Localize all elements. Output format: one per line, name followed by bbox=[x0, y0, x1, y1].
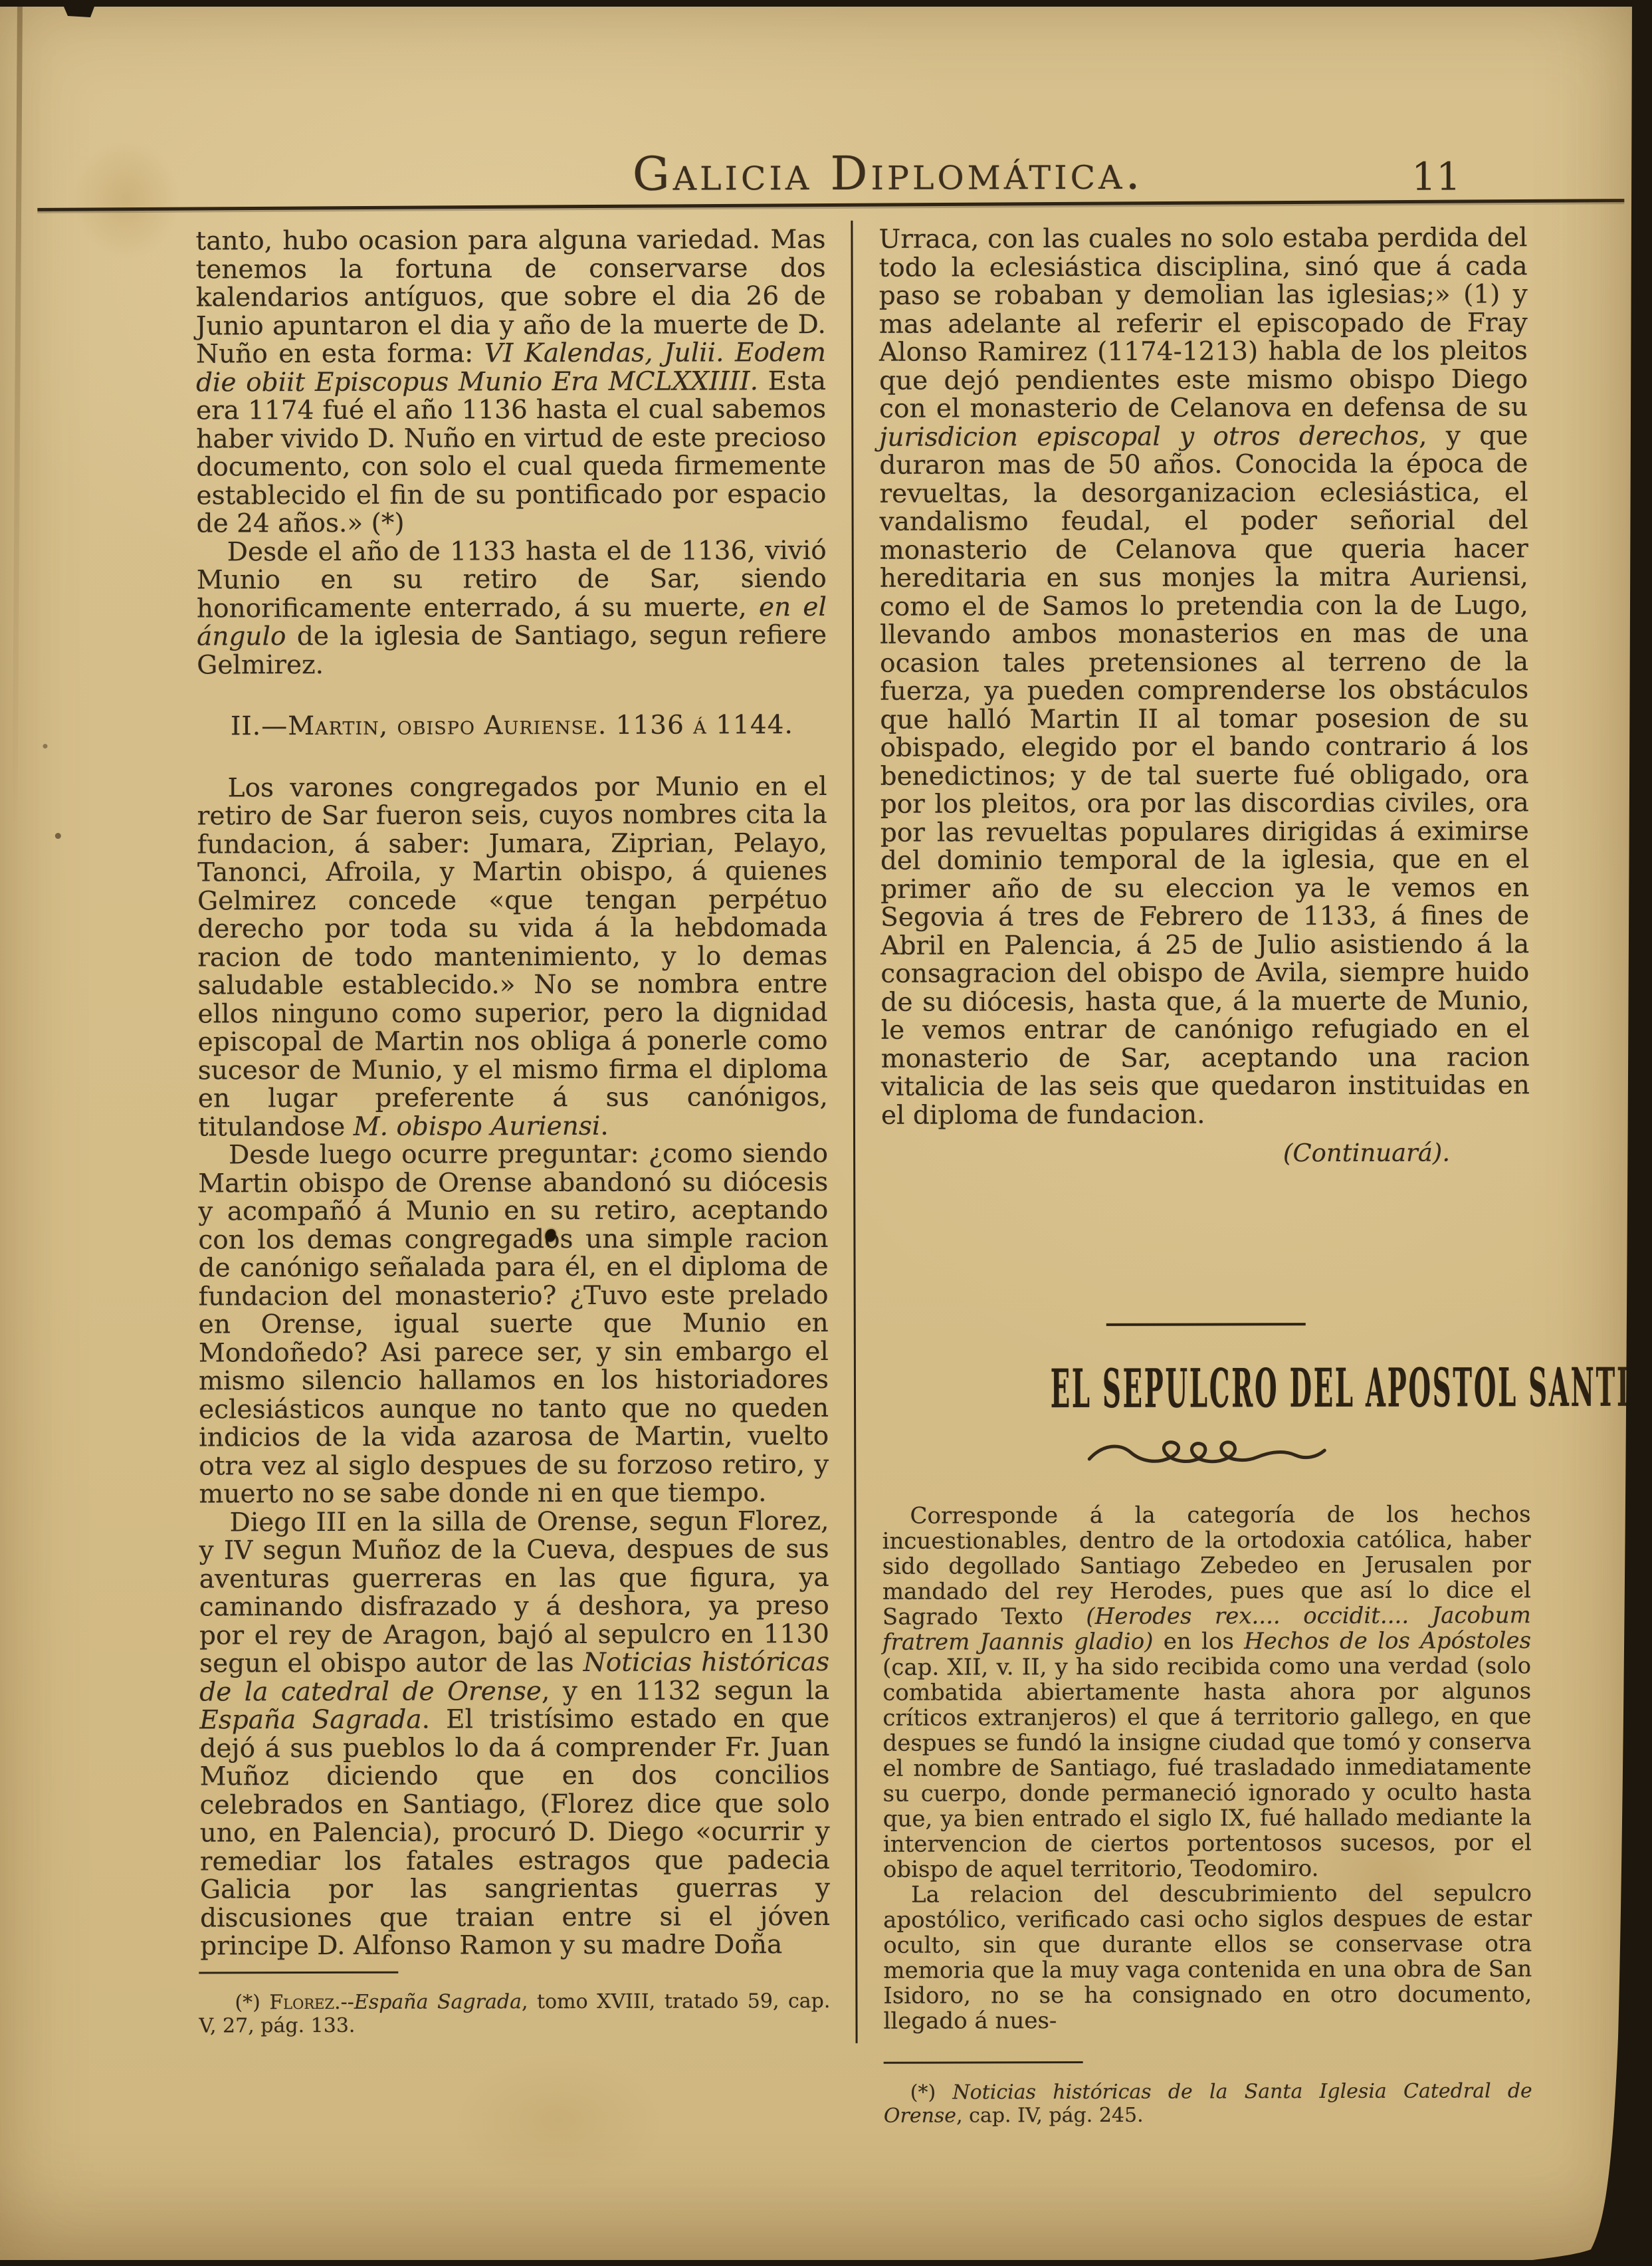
continuation-note: (Continuará). bbox=[881, 1139, 1530, 1169]
column-divider bbox=[851, 221, 857, 2043]
ink-speck bbox=[43, 744, 47, 748]
paragraph: Corresponde á la categoría de los hechos… bbox=[882, 1502, 1531, 1882]
masthead: Galicia Diplomática. bbox=[223, 144, 1552, 202]
left-column: tanto, hubo ocasion para alguna variedad… bbox=[195, 226, 830, 1961]
left-paragraphs-top: tanto, hubo ocasion para alguna variedad… bbox=[195, 226, 827, 679]
paragraph: tanto, hubo ocasion para alguna variedad… bbox=[195, 226, 826, 538]
right-footnote-block: (*) Noticias históricas de la Santa Igle… bbox=[884, 2060, 1532, 2128]
paragraph: Desde luego ocurre preguntar: ¿como sien… bbox=[198, 1140, 829, 1509]
scan-root: { "masthead": { "title": "Galicia Diplom… bbox=[0, 0, 1652, 2266]
paragraph: Los varones congregados por Munio en el … bbox=[197, 772, 828, 1141]
footnote: (*) Florez.--España Sagrada, tomo XVIII,… bbox=[199, 1989, 830, 2037]
right-column: Urraca, con las cuales no solo estaba pe… bbox=[878, 224, 1530, 1169]
paragraph: La relacion del descubrimiento del sepul… bbox=[883, 1880, 1532, 2034]
footnote-rule bbox=[884, 2061, 1083, 2064]
page-number: 11 bbox=[1411, 154, 1461, 199]
section-heading: II.—Martin, obispo Auriense. 1136 á 1144… bbox=[197, 711, 827, 741]
left-paragraphs-bottom: Los varones congregados por Munio en el … bbox=[197, 772, 831, 1960]
paragraph: Diego III en la silla de Orense, segun F… bbox=[199, 1507, 830, 1960]
footnote: (*) Noticias históricas de la Santa Igle… bbox=[884, 2079, 1532, 2128]
article-sepulcro: EL SEPULCRO DEL APOSTOL SANTIAGO. Corres… bbox=[882, 1322, 1532, 2128]
flourish-icon bbox=[1080, 1434, 1332, 1478]
page: Galicia Diplomática. 11 tanto, hubo ocas… bbox=[0, 0, 1652, 2266]
page-content: Galicia Diplomática. 11 tanto, hubo ocas… bbox=[0, 0, 1652, 2266]
article-title: EL SEPULCRO DEL APOSTOL SANTIAGO. bbox=[1051, 1360, 1362, 1416]
right-paragraphs: Urraca, con las cuales no solo estaba pe… bbox=[878, 224, 1530, 1130]
left-footnote-block: (*) Florez.--España Sagrada, tomo XVIII,… bbox=[199, 1970, 830, 2037]
article-divider-rule bbox=[1106, 1323, 1306, 1326]
ink-speck bbox=[55, 833, 61, 839]
footnote-rule bbox=[199, 1972, 398, 1974]
paragraph: Urraca, con las cuales no solo estaba pe… bbox=[878, 224, 1530, 1130]
journal-title: Galicia Diplomática. bbox=[633, 146, 1144, 201]
article-body: Corresponde á la categoría de los hechos… bbox=[882, 1502, 1532, 2034]
paragraph: Desde el año de 1133 hasta el de 1136, v… bbox=[197, 536, 827, 679]
